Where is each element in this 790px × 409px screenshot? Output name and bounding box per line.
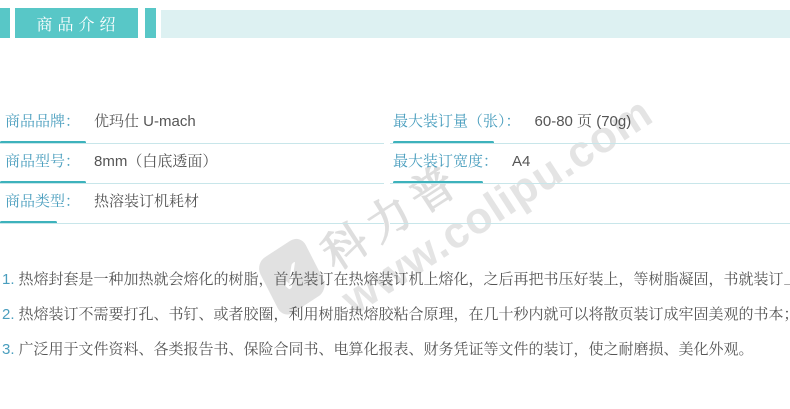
spec-value-type: 热溶装订机耗材 [94,193,199,210]
spec-label-max-binding-qty: 最大装订量（张）： [393,113,521,130]
section-title: 商品介绍 [36,12,120,35]
note-text: 广泛用于文件资料、各类报告书、保险合同书、电算化报表、财务凭证等文件的装订，使之… [19,341,754,358]
header-light-bar [161,10,790,38]
header-accent-block-right [145,8,156,38]
label-underline-accent [0,221,57,224]
section-title-box: 商品介绍 [15,8,138,38]
list-item: 2.热熔装订不需要打孔、书钉、或者胶圈，利用树脂热熔胶粘合原理，在几十秒内就可以… [2,297,786,332]
spec-label-max-binding-width: 最大装订宽度： [393,153,498,170]
header-accent-block-left [0,8,10,38]
section-header: 商品介绍 [0,8,790,38]
spec-value-model: 8mm（白底透面） [94,153,217,170]
spec-cell-model: 商品型号：8mm（白底透面） [0,144,384,184]
spec-label-model: 商品型号： [5,153,80,170]
spec-cell-max-binding-qty: 最大装订量（张）：60-80 页 (70g) [390,104,790,144]
spec-cell-empty [390,184,790,224]
product-description-list: 1.热熔封套是一种加热就会熔化的树脂，首先装订在热熔装订机上熔化，之后再把书压好… [2,262,786,367]
spec-value-max-binding-qty: 60-80 页 (70g) [535,113,632,130]
spec-label-brand: 商品品牌： [5,113,80,130]
table-row: 商品品牌：优玛仕 U-mach 最大装订量（张）：60-80 页 (70g) [0,104,790,144]
table-row: 商品型号：8mm（白底透面） 最大装订宽度：A4 [0,144,790,184]
spec-cell-type: 商品类型：热溶装订机耗材 [0,184,384,224]
spec-label-type: 商品类型： [5,193,80,210]
spec-cell-max-binding-width: 最大装订宽度：A4 [390,144,790,184]
spec-value-max-binding-width: A4 [512,153,530,170]
list-item: 3.广泛用于文件资料、各类报告书、保险合同书、电算化报表、财务凭证等文件的装订，… [2,332,786,367]
list-item: 1.热熔封套是一种加热就会熔化的树脂，首先装订在热熔装订机上熔化，之后再把书压好… [2,262,786,297]
note-text: 热熔装订不需要打孔、书钉、或者胶圈，利用树脂热熔胶粘合原理，在几十秒内就可以将散… [19,306,790,323]
note-number: 2. [2,306,15,323]
spec-value-brand: 优玛仕 U-mach [94,113,196,130]
note-text: 热熔封套是一种加热就会熔化的树脂，首先装订在热熔装订机上熔化，之后再把书压好装上… [19,271,790,288]
note-number: 3. [2,341,15,358]
table-row: 商品类型：热溶装订机耗材 [0,184,790,224]
spec-cell-brand: 商品品牌：优玛仕 U-mach [0,104,384,144]
product-specs-table: 商品品牌：优玛仕 U-mach 最大装订量（张）：60-80 页 (70g) 商… [0,104,790,224]
note-number: 1. [2,271,15,288]
